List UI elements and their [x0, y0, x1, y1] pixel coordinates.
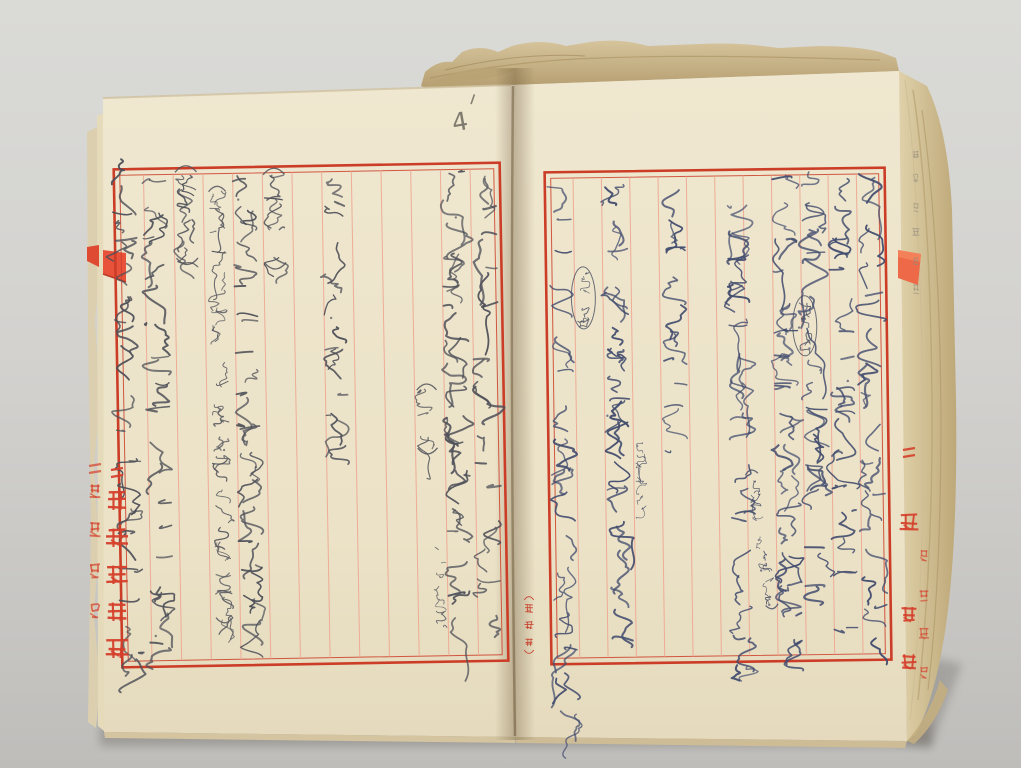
- print-stroke: [121, 603, 122, 621]
- print-stroke: [525, 605, 533, 606]
- handwriting-stroke: [805, 547, 824, 548]
- left-page: [103, 85, 516, 737]
- print-stroke: [901, 523, 917, 524]
- print-stroke: [918, 204, 919, 209]
- handwriting-stroke: [475, 463, 486, 464]
- handwriting-stroke: [235, 286, 246, 287]
- print-stroke: [91, 604, 92, 610]
- print-stroke: [113, 603, 114, 621]
- print-stroke: [917, 151, 918, 157]
- photo-of-open-manuscript-book: 4: [0, 0, 1021, 768]
- print-stroke: [914, 179, 917, 180]
- print-stroke: [921, 668, 926, 669]
- handwriting-stroke: [145, 323, 147, 325]
- handwriting-stroke: [326, 415, 330, 416]
- handwriting-stroke: [775, 383, 791, 384]
- print-stroke: [121, 529, 122, 547]
- print-stroke: [121, 492, 122, 510]
- handwriting-stroke: [487, 485, 501, 488]
- print-stroke: [92, 604, 99, 605]
- print-stroke: [108, 618, 127, 619]
- handwriting-stroke: [852, 510, 856, 511]
- print-stroke: [90, 536, 101, 537]
- handwriting-stroke: [447, 531, 457, 532]
- print-stroke: [121, 640, 122, 658]
- print-stroke: [914, 228, 915, 234]
- print-stroke: [921, 667, 922, 672]
- print-stroke: [902, 662, 917, 663]
- handwriting-stroke: [839, 331, 853, 332]
- print-stroke: [525, 612, 533, 613]
- print-stroke: [108, 611, 126, 612]
- print-stroke: [121, 566, 122, 584]
- print-stroke: [905, 607, 906, 619]
- print-stroke: [920, 600, 927, 601]
- stack-right-shape: [899, 71, 956, 741]
- print-stroke: [108, 499, 126, 500]
- print-stroke: [109, 530, 126, 531]
- print-stroke: [902, 608, 917, 609]
- print-stroke: [108, 507, 126, 508]
- print-stroke: [913, 289, 919, 290]
- print-stroke: [921, 590, 922, 597]
- handwriting-stroke: [139, 653, 144, 654]
- page-stack-right: [899, 71, 956, 744]
- book-illustration: 4: [0, 0, 1021, 768]
